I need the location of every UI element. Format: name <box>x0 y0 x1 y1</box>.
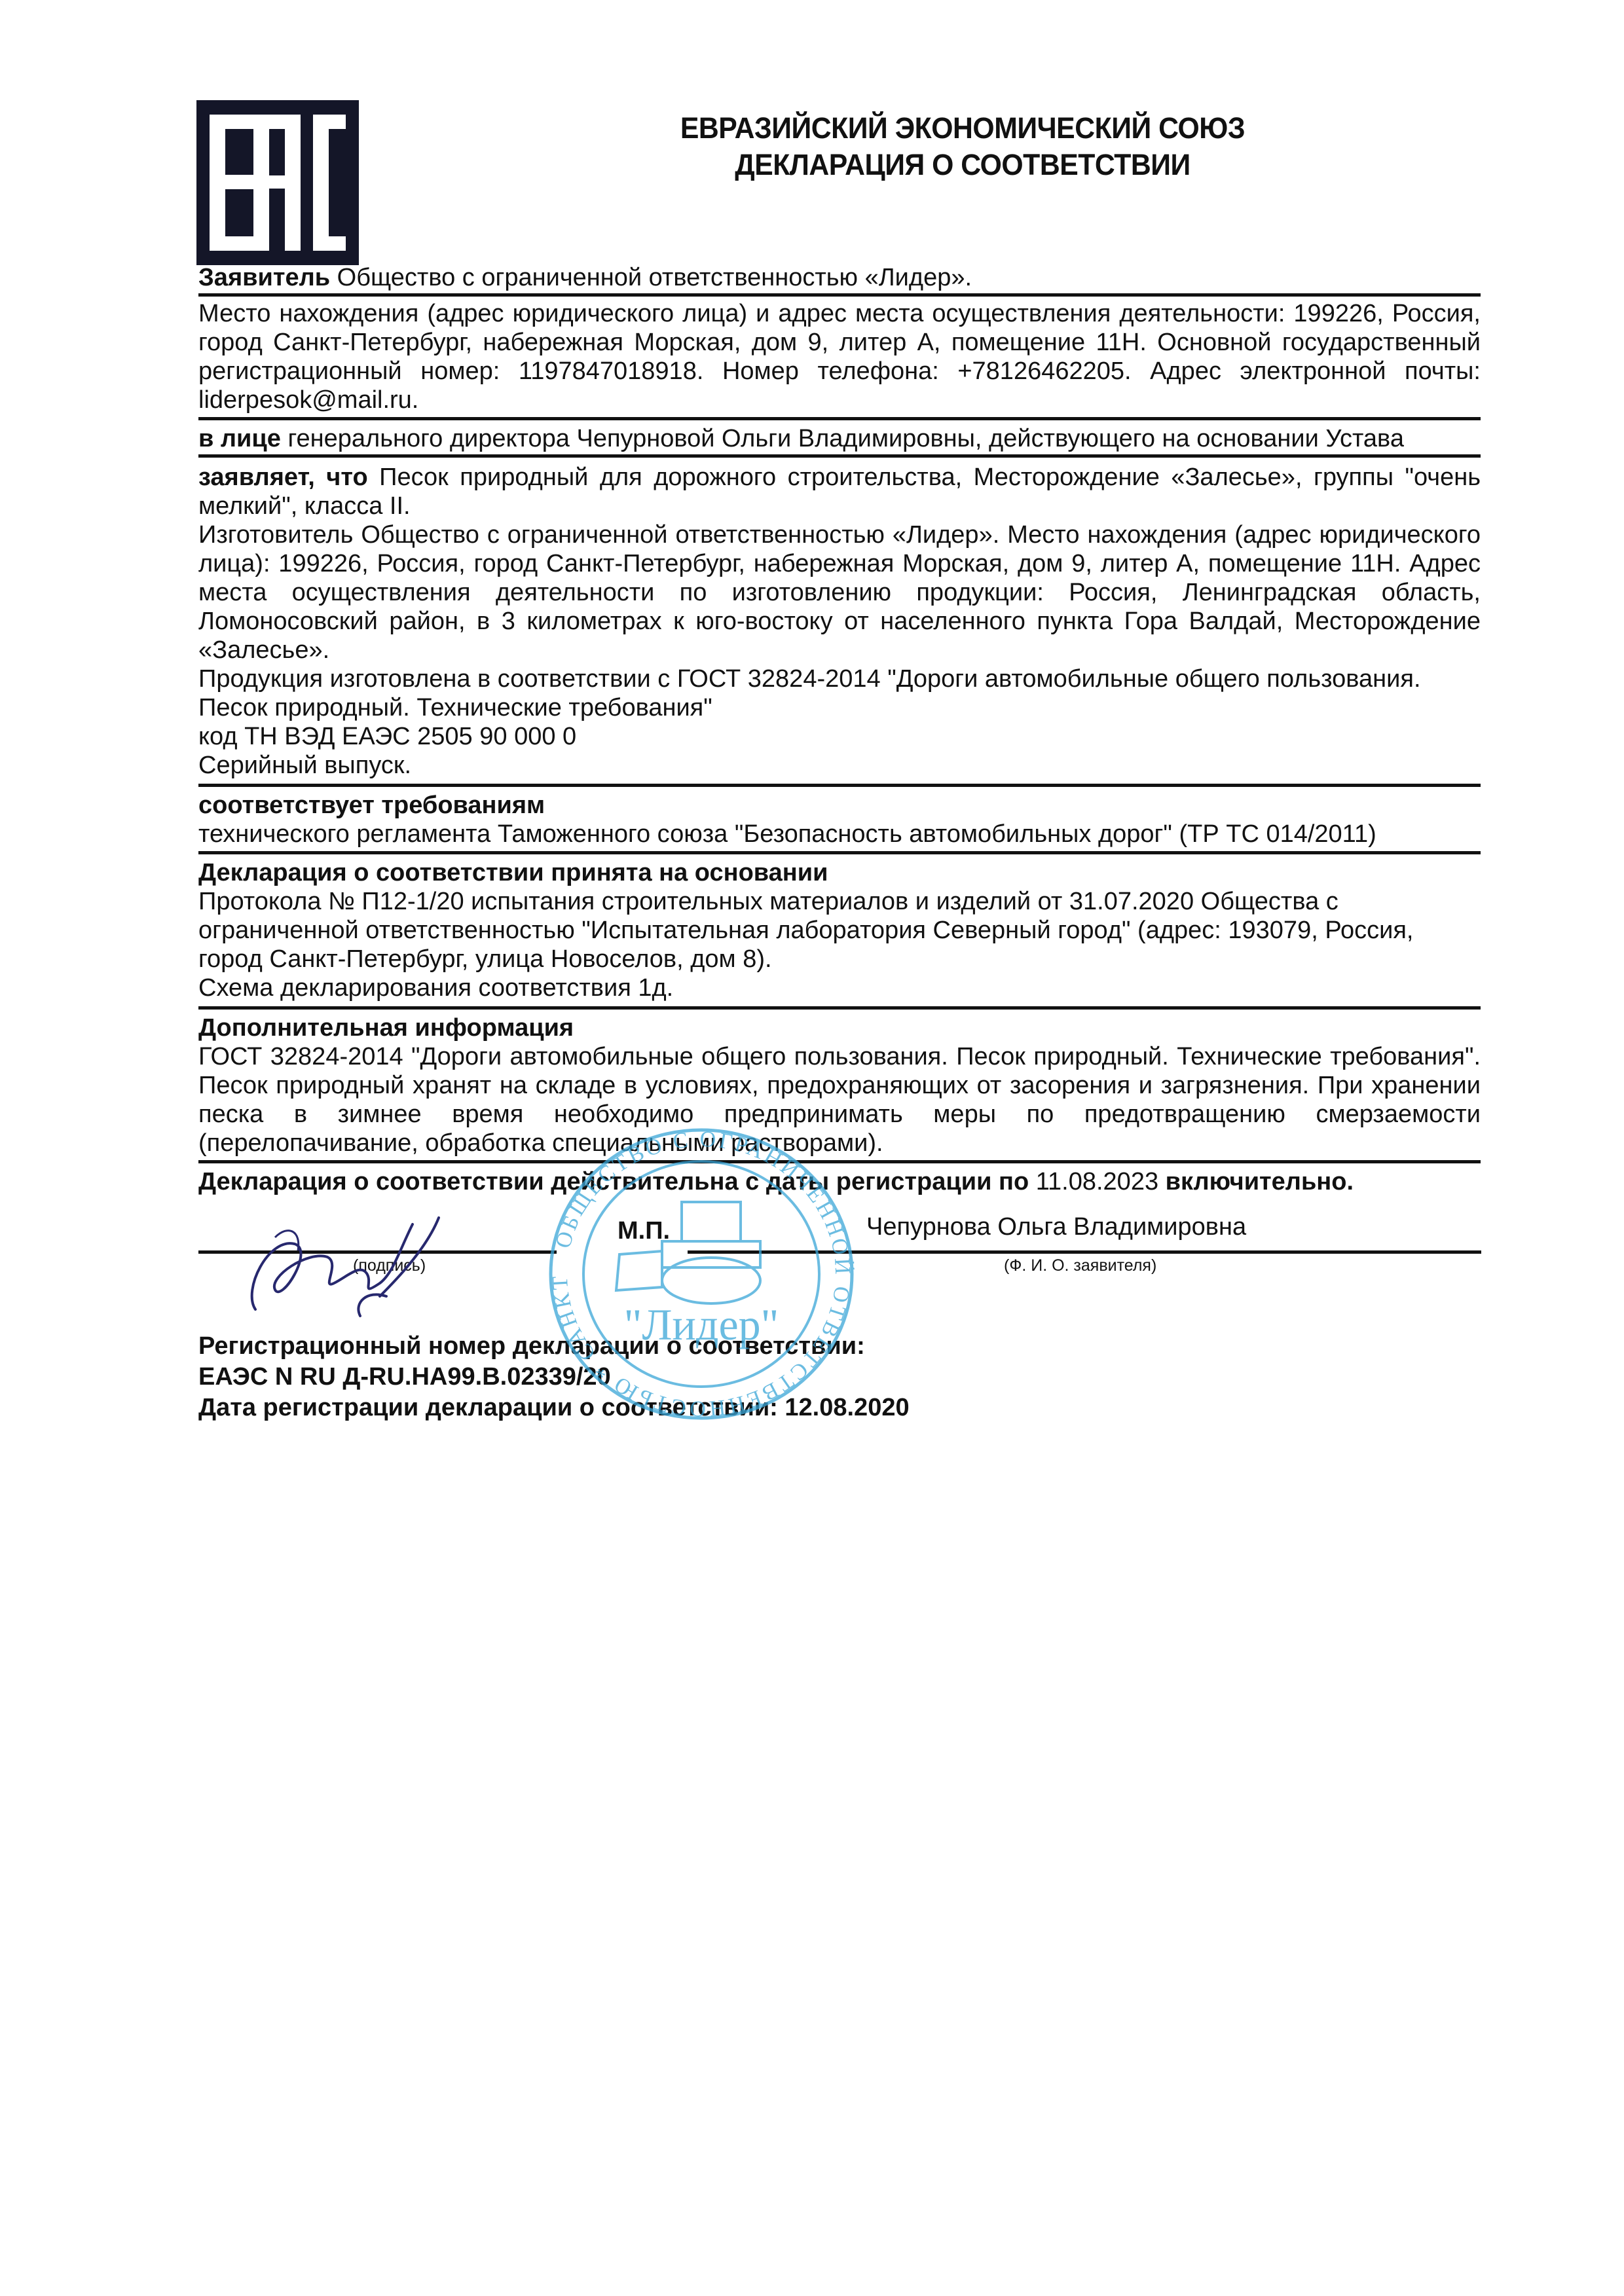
applicant-row: Заявитель Общество с ограниченной ответс… <box>198 263 1481 297</box>
basis-scheme: Схема декларирования соответствия 1д. <box>198 974 1481 1010</box>
registration-number-label: Регистрационный номер декларации о соотв… <box>198 1331 1481 1362</box>
registration-date-label: Дата регистрации декларации о соответств… <box>198 1394 784 1421</box>
additional-text: ГОСТ 32824-2014 "Дороги автомобильные об… <box>198 1042 1481 1163</box>
product-description: Песок природный для дорожного строительс… <box>198 464 1481 520</box>
seal-placeholder-label: М.П. <box>618 1217 670 1245</box>
applicant-name: Общество с ограниченной ответственностью… <box>330 264 972 291</box>
declares-product: заявляет, что Песок природный для дорожн… <box>198 458 1481 520</box>
additional-heading: Дополнительная информация <box>198 1010 1481 1042</box>
name-line <box>688 1250 1481 1254</box>
validity-suffix: включительно. <box>1158 1168 1354 1195</box>
complies-regulation: технического регламента Таможенного союз… <box>198 820 1481 854</box>
handwritten-signature <box>229 1211 478 1329</box>
validity-statement: Декларация о соответствии действительна … <box>198 1163 1481 1196</box>
registration-number: ЕАЭС N RU Д-RU.НА99.В.02339/20 <box>198 1362 1481 1393</box>
tnved-code: код ТН ВЭД ЕАЭС 2505 90 000 0 <box>198 722 1481 751</box>
applicant-label: Заявитель <box>198 264 330 291</box>
complies-heading: соответствует требованиям <box>198 787 1481 820</box>
eac-mark-icon <box>196 100 359 265</box>
signatory-name-caption: (Ф. И. О. заявителя) <box>1004 1256 1156 1275</box>
representative-label: в лице <box>198 425 281 452</box>
header-union-title: ЕВРАЗИЙСКИЙ ЭКОНОМИЧЕСКИЙ СОЮЗ <box>496 110 1430 147</box>
basis-protocol: Протокола № П12-1/20 испытания строитель… <box>198 887 1481 974</box>
registration-date-row: Дата регистрации декларации о соответств… <box>198 1393 1481 1423</box>
basis-heading: Декларация о соответствии принята на осн… <box>198 854 1481 887</box>
manufacturer-info: Изготовитель Общество с ограниченной отв… <box>198 520 1481 665</box>
signatory-name: Чепурнова Ольга Владимировна <box>866 1213 1246 1241</box>
representative-text: генерального директора Чепурновой Ольги … <box>281 425 1404 452</box>
declares-label: заявляет, что <box>198 464 368 491</box>
release-type: Серийный выпуск. <box>198 751 1481 787</box>
validity-date: 11.08.2023 <box>1036 1168 1158 1195</box>
signature-scribble-icon <box>229 1211 478 1329</box>
header-declaration-title: ДЕКЛАРАЦИЯ О СООТВЕТСТВИИ <box>496 147 1430 183</box>
document-header: ЕВРАЗИЙСКИЙ ЭКОНОМИЧЕСКИЙ СОЮЗ ДЕКЛАРАЦИ… <box>496 110 1430 183</box>
validity-prefix: Декларация о соответствии действительна … <box>198 1168 1036 1195</box>
eac-logo <box>196 100 359 265</box>
applicant-address: Место нахождения (адрес юридического лиц… <box>198 297 1481 420</box>
product-standard: Продукция изготовлена в соответствии с Г… <box>198 665 1481 722</box>
representative-row: в лице генерального директора Чепурновой… <box>198 420 1481 458</box>
registration-date: 12.08.2020 <box>784 1394 909 1421</box>
registration-block: Регистрационный номер декларации о соотв… <box>198 1331 1481 1423</box>
